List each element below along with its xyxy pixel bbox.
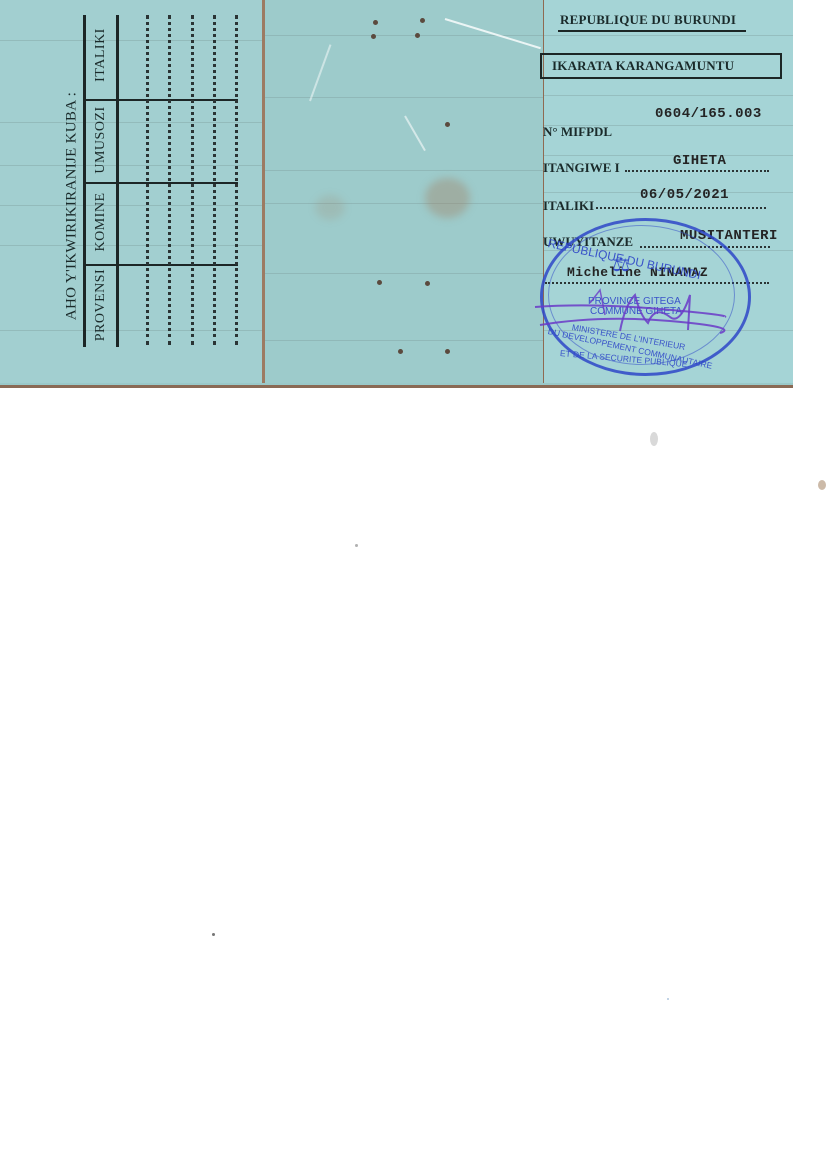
staple-hole (445, 349, 450, 354)
staple-hole (371, 34, 376, 39)
number-label: N° MIFPDL (543, 124, 612, 140)
issued-at-value: GIHETA (673, 153, 726, 169)
stain (315, 195, 345, 220)
table-header-divider (116, 15, 119, 347)
column-header-provensi: PROVENSI (93, 269, 109, 341)
scratch-mark (445, 18, 541, 49)
scratch-mark (404, 116, 426, 152)
scan-speck (667, 998, 669, 1000)
column-header-komine: KOMINE (93, 193, 109, 252)
number-value: 0604/165.003 (655, 106, 762, 122)
scan-speck (650, 432, 658, 446)
date-label: ITALIKI (543, 198, 594, 214)
republic-heading: REPUBLIQUE DU BURUNDI (560, 12, 736, 28)
left-panel: AHO Y'IKWIRIKIRANIJE KUBA : ITALIKI UMUS… (0, 0, 262, 383)
residence-history-title: AHO Y'IKWIRIKIRANIJE KUBA : (64, 92, 81, 320)
staple-hole (445, 122, 450, 127)
scratch-mark (309, 44, 331, 101)
staple-hole (377, 280, 382, 285)
stamp-emblem-icon: ⚖ (612, 252, 630, 277)
scan-speck (818, 480, 826, 490)
staple-hole (420, 18, 425, 23)
middle-panel (262, 0, 547, 383)
staple-hole (425, 281, 430, 286)
column-header-italiki: ITALIKI (93, 28, 109, 82)
date-value: 06/05/2021 (640, 187, 729, 203)
staple-hole (398, 349, 403, 354)
signature (530, 285, 730, 355)
scan-speck (355, 544, 358, 547)
staple-hole (373, 20, 378, 25)
id-card: AHO Y'IKWIRIKIRANIJE KUBA : ITALIKI UMUS… (0, 0, 793, 388)
table-border-left (83, 15, 86, 347)
staple-hole (415, 33, 420, 38)
card-title: IKARATA KARANGAMUNTU (540, 53, 782, 79)
stain (425, 178, 470, 218)
issued-at-label: ITANGIWE I (543, 160, 620, 176)
column-header-umusozi: UMUSOZI (93, 106, 109, 173)
scan-speck (212, 933, 215, 936)
heading-underline (558, 30, 746, 32)
